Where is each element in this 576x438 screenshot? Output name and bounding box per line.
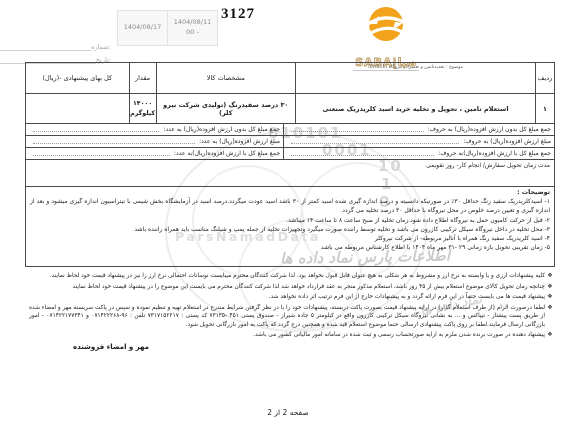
answer-line (33, 127, 159, 132)
sum-label: جمع مبلغ کل با ارزش افزوده(ریال)به عدد: (174, 150, 280, 157)
date-box: 1404/08/17 1404/08/11 00 - (117, 10, 218, 46)
answer-line (291, 127, 424, 132)
seller-seal-label: مهر و امضاء فروشنده (73, 343, 149, 351)
col-header-specs: مشخصات کالا (156, 63, 295, 93)
item-row-no: ۱ (535, 94, 554, 123)
item-specs: ۳۰ درصد سفیدرنگ (تولیدی شرکت نیرو کلر) (156, 94, 295, 123)
diamond-bullet-icon: ❖ (545, 283, 555, 292)
term-text: لطفا درصورت الزام (از طرف استعلام گذار) … (25, 304, 545, 329)
item-qty: ۱۴۰۰۰ کیلوگرم (129, 94, 156, 123)
sum-with-vat-figures: جمع مبلغ کل با ارزش افزوده(ریال)به عدد: (26, 148, 283, 159)
term-item: ❖ کلیه پیشنهادات ارزی و یا وابسته به نرخ… (25, 272, 555, 281)
term-item: ❖ پیشنهاد قیمت ها می بایست حتماً در این … (25, 293, 555, 302)
date-cell-deadline: 1404/08/11 00 - (167, 11, 217, 45)
saba-logo: SABA|صبا (350, 3, 422, 71)
doc-number: 3127 (221, 6, 255, 23)
term-item: ❖ پیشنهاد دهنده در صورت برنده شدن ملزم ب… (25, 331, 555, 340)
term-text: کلیه پیشنهادات ارزی و یا وابسته به نرخ ا… (25, 272, 545, 281)
sum-label: مبلغ ارزش افزوده(ریال) به عدد: (199, 138, 280, 145)
term-item: ❖ چنانچه زمان تحویل کالای موضوع استعلام … (25, 283, 555, 292)
page-indicator: صفحه 2 از 2 (0, 408, 576, 417)
sum-label: جمع مبلغ کل بدون ارزش افزوده(ریال) به حر… (428, 126, 551, 133)
item-subject: استعلام تامین ، تحویل و تخلیه خرید اسید … (295, 94, 535, 123)
sum-label: جمع مبلغ کل بدون ارزش افزوده(ریال) به عد… (163, 126, 280, 133)
note-line: ۳- محل تخلیه در داخل نیروگاه سیکل ترکیبی… (30, 225, 550, 234)
answer-line (291, 151, 434, 156)
sum-label: جمع مبلغ کل با ارزش افزوده(ریال)به حروف: (438, 150, 551, 157)
answer-line (33, 151, 170, 156)
date-cell-issue: 1404/08/17 (118, 11, 167, 45)
item-qty-value: ۱۴۰۰۰ (133, 99, 152, 108)
notes-title: توضیحات : (30, 189, 550, 196)
answer-line (33, 139, 195, 144)
term-text: پیشنهاد قیمت ها می بایست حتماً در این فر… (25, 293, 545, 302)
item-total-price (26, 94, 129, 123)
terms-list: ❖ کلیه پیشنهادات ارزی و یا وابسته به نرخ… (25, 272, 555, 342)
sum-with-vat-words: جمع مبلغ کل با ارزش افزوده(ریال)به حروف: (283, 148, 554, 159)
diamond-bullet-icon: ❖ (545, 293, 555, 302)
ref-number-row: شماره: (0, 43, 115, 51)
col-header-row-no: ردیف (535, 63, 554, 93)
notes-section: توضیحات : ۱- اسیدکلریدریک سفید رنگ حداقل… (26, 186, 554, 266)
col-header-total-price: کل بهای پیشنهادی -(ریال) (26, 63, 129, 93)
diamond-bullet-icon: ❖ (545, 331, 555, 340)
answer-line (291, 139, 459, 144)
sum-row-vat: مبلغ ارزش افزوده(ریال) به حروف: مبلغ ارز… (26, 135, 554, 147)
sum-label: مبلغ ارزش افزوده(ریال) به حروف: (463, 138, 551, 145)
delivery-time-row: مدت زمان تحویل سفارش/ انجام کار- روز تقو… (26, 159, 554, 186)
item-qty-unit: کیلوگرم (130, 109, 155, 118)
logo-swirl-icon (361, 3, 411, 47)
sum-row-without-vat: جمع مبلغ کل بدون ارزش افزوده(ریال) به حر… (26, 123, 554, 135)
ref-number-line (0, 44, 91, 51)
inquiry-table: ردیف موضوع : تجدیدتامین و تعمیرات نیروگا… (25, 62, 555, 267)
col-header-qty: مقدار (129, 63, 156, 93)
sum-row-with-vat: جمع مبلغ کل با ارزش افزوده(ریال)به حروف:… (26, 147, 554, 159)
vat-words: مبلغ ارزش افزوده(ریال) به حروف: (283, 136, 554, 147)
col-header-subject: موضوع : تجدیدتامین و تعمیرات نیروگاه (CH… (295, 63, 535, 93)
table-header-row: ردیف موضوع : تجدیدتامین و تعمیرات نیروگا… (26, 63, 554, 93)
document-page: 010101 0001 10 1 0 ParsNamadData اطلاعات… (0, 0, 576, 438)
item-row: ۱ استعلام تامین ، تحویل و تخلیه خرید اسی… (26, 93, 554, 123)
sum-without-vat-words: جمع مبلغ کل بدون ارزش افزوده(ریال) به حر… (283, 124, 554, 135)
sum-without-vat-figures: جمع مبلغ کل بدون ارزش افزوده(ریال) به عد… (26, 124, 283, 135)
diamond-bullet-icon: ❖ (545, 304, 555, 329)
term-text: چنانچه زمان تحویل کالای موضوع استعلام بی… (25, 283, 545, 292)
vat-figures: مبلغ ارزش افزوده(ریال) به عدد: (26, 136, 283, 147)
note-line: ۵- زمان تقریبی تحویل بازه زمانی ۲۹ -۳۱ م… (30, 243, 550, 252)
term-item: ❖ لطفا درصورت الزام (از طرف استعلام گذار… (25, 304, 555, 329)
term-text: پیشنهاد دهنده در صورت برنده شدن ملزم به … (25, 331, 545, 340)
note-line: ۲- قبل از حرکت کامیون حمل به نیروگاه اطل… (30, 216, 550, 225)
note-line: ۴- اسید کلریدریک سفید رنگ همراه با آنالی… (30, 234, 550, 243)
note-line: ۱- اسیدکلریدریک سفید رنگ حداقل ۳۰٪ در صو… (30, 197, 550, 216)
ref-number-label: شماره: (91, 43, 113, 51)
diamond-bullet-icon: ❖ (545, 272, 555, 281)
